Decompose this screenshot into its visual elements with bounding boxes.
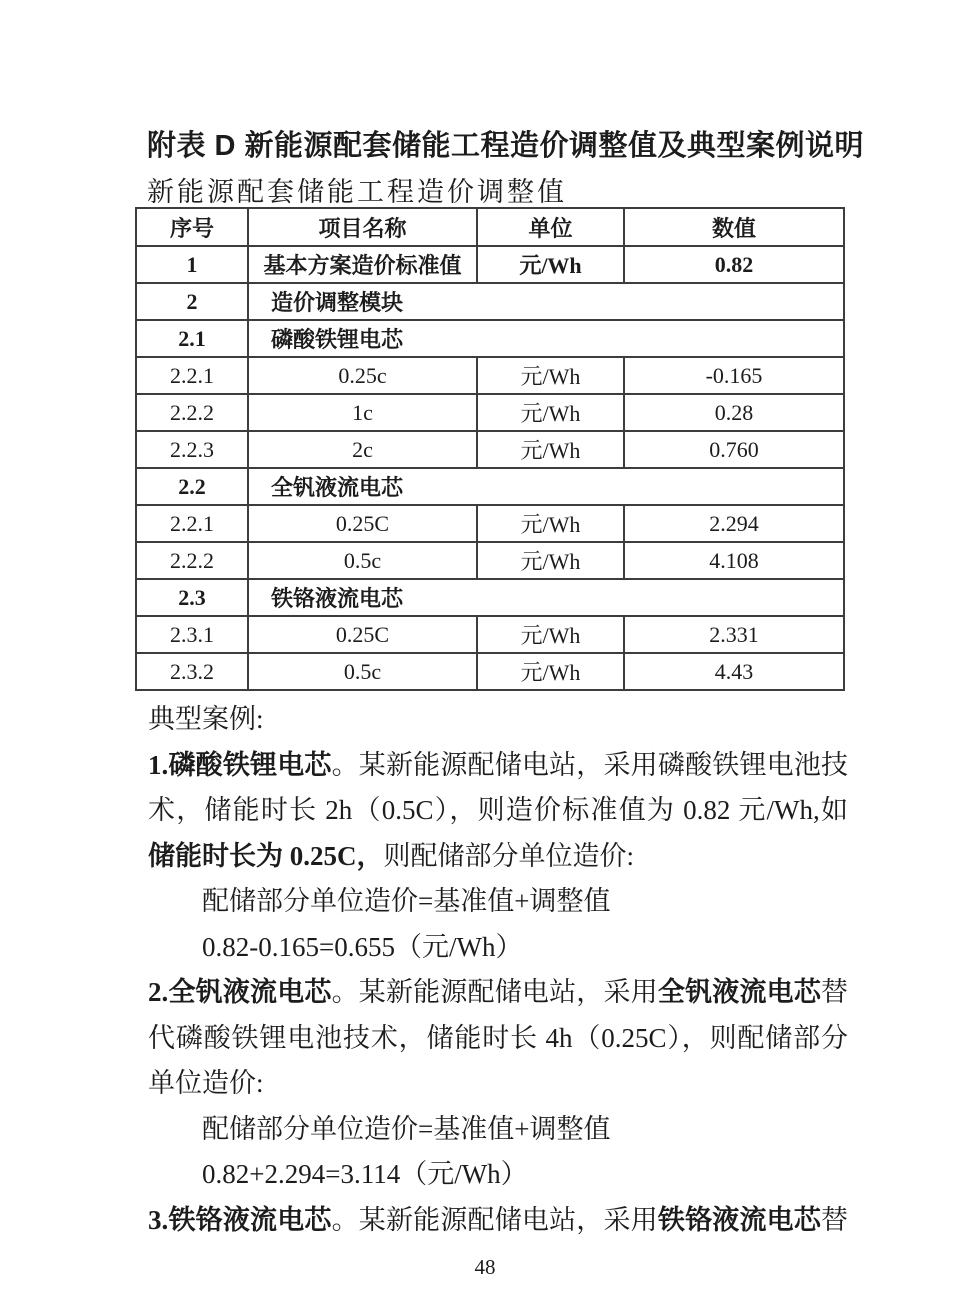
paragraph-line: 代磷酸铁锂电池技术，储能时长 4h（0.25C），则配储部分: [148, 1016, 848, 1062]
text-run: 替: [821, 1205, 848, 1235]
section-label-cell: 全钒液流电芯: [248, 468, 844, 505]
column-header-value: 数值: [624, 208, 844, 246]
cell-unit: 元/Wh: [477, 357, 624, 394]
formula-line: 配储部分单位造价=基准值+调整值: [148, 879, 848, 925]
cell-unit: 元/Wh: [477, 246, 624, 283]
section-label-cell: 造价调整模块: [248, 283, 844, 320]
bold-text-run: 2.全钒液流电芯: [148, 977, 332, 1007]
table-row: 2.2.21c元/Wh0.28: [136, 394, 844, 431]
text-run: 配储部分单位造价=基准值+调整值: [202, 1114, 610, 1144]
cell-name: 1c: [248, 394, 477, 431]
cell-no: 2: [136, 283, 248, 320]
table-row: 2.2.20.5c元/Wh4.108: [136, 542, 844, 579]
text-run: 0.82+2.294=3.114（元/Wh）: [202, 1159, 528, 1189]
table-header: 序号项目名称单位数值: [136, 208, 844, 246]
cell-unit: 元/Wh: [477, 394, 624, 431]
column-header-unit: 单位: [477, 208, 624, 246]
text-run: 0.82-0.165=0.655（元/Wh）: [202, 932, 522, 962]
paragraph-line: 2.全钒液流电芯。某新能源配储电站，采用全钒液流电芯替: [148, 970, 848, 1016]
table-row: 1基本方案造价标准值元/Wh0.82: [136, 246, 844, 283]
paragraph-line: 1.磷酸铁锂电芯。某新能源配储电站，采用磷酸铁锂电池技: [148, 743, 848, 789]
appendix-title: 附表 D 新能源配套储能工程造价调整值及典型案例说明: [147, 123, 864, 164]
cell-no: 2.3.1: [136, 616, 248, 653]
paragraph-line: 储能时长为 0.25C，则配储部分单位造价:: [148, 834, 848, 880]
column-header-no: 序号: [136, 208, 248, 246]
cell-no: 2.2.1: [136, 357, 248, 394]
cell-name: 基本方案造价标准值: [248, 246, 477, 283]
bold-text-run: 铁铬液流电芯: [658, 1205, 821, 1235]
formula-line: 0.82+2.294=3.114（元/Wh）: [148, 1152, 848, 1198]
table-caption: 新能源配套储能工程造价调整值: [147, 170, 567, 209]
formula-line: 配储部分单位造价=基准值+调整值: [148, 1107, 848, 1153]
cell-value: 0.760: [624, 431, 844, 468]
cell-value: 2.331: [624, 616, 844, 653]
cell-no: 2.2.1: [136, 505, 248, 542]
cell-value: 0.82: [624, 246, 844, 283]
cell-unit: 元/Wh: [477, 505, 624, 542]
section-label-cell: 磷酸铁锂电芯: [248, 320, 844, 357]
table-row: 2.2.10.25C元/Wh2.294: [136, 505, 844, 542]
cell-name: 0.25C: [248, 505, 477, 542]
cost-adjustment-table: 序号项目名称单位数值 1基本方案造价标准值元/Wh0.822造价调整模块2.1磷…: [135, 207, 845, 691]
table-section-row: 2.1磷酸铁锂电芯: [136, 320, 844, 357]
cell-value: -0.165: [624, 357, 844, 394]
cases-heading: 典型案例:: [148, 697, 848, 743]
cell-unit: 元/Wh: [477, 616, 624, 653]
column-header-name: 项目名称: [248, 208, 477, 246]
table-row: 2.3.10.25C元/Wh2.331: [136, 616, 844, 653]
typical-cases-text: 典型案例:1.磷酸铁锂电芯。某新能源配储电站，采用磷酸铁锂电池技术，储能时长 2…: [148, 697, 848, 1243]
section-label-cell: 铁铬液流电芯: [248, 579, 844, 616]
paragraph-line: 3.铁铬液流电芯。某新能源配储电站，采用铁铬液流电芯替: [148, 1198, 848, 1244]
document-page: 附表 D 新能源配套储能工程造价调整值及典型案例说明 新能源配套储能工程造价调整…: [0, 0, 970, 1308]
table-section-row: 2.2全钒液流电芯: [136, 468, 844, 505]
cell-name: 0.25c: [248, 357, 477, 394]
table-row: 2.2.10.25c元/Wh-0.165: [136, 357, 844, 394]
bold-text-run: 储能时长为 0.25C，: [148, 841, 384, 871]
cell-name: 2c: [248, 431, 477, 468]
table-section-row: 2.3铁铬液流电芯: [136, 579, 844, 616]
cell-no: 2.2.2: [136, 394, 248, 431]
paragraph-line: 术，储能时长 2h（0.5C），则造价标准值为 0.82 元/Wh,如: [148, 788, 848, 834]
cell-no: 2.3: [136, 579, 248, 616]
cell-value: 0.28: [624, 394, 844, 431]
cell-no: 2.3.2: [136, 653, 248, 690]
page-number: 48: [0, 1255, 970, 1280]
text-run: 单位造价:: [148, 1068, 264, 1098]
cell-no: 2.2: [136, 468, 248, 505]
paragraph-line: 单位造价:: [148, 1061, 848, 1107]
text-run: 。某新能源配储电站，采用磷酸铁锂电池技: [332, 750, 848, 780]
text-run: 则配储部分单位造价:: [384, 841, 635, 871]
text-run: 术，储能时长 2h（0.5C），则造价标准值为 0.82 元/Wh,如: [148, 795, 848, 825]
cell-value: 4.43: [624, 653, 844, 690]
table-header-row: 序号项目名称单位数值: [136, 208, 844, 246]
text-run: 代磷酸铁锂电池技术，储能时长 4h（0.25C），则配储部分: [148, 1023, 848, 1053]
bold-text-run: 3.铁铬液流电芯: [148, 1205, 332, 1235]
cell-no: 2.2.2: [136, 542, 248, 579]
text-run: 典型案例:: [148, 704, 264, 734]
text-run: 配储部分单位造价=基准值+调整值: [202, 886, 610, 916]
cell-name: 0.5c: [248, 542, 477, 579]
cell-name: 0.25C: [248, 616, 477, 653]
table-body: 1基本方案造价标准值元/Wh0.822造价调整模块2.1磷酸铁锂电芯2.2.10…: [136, 246, 844, 690]
cell-no: 2.2.3: [136, 431, 248, 468]
cell-unit: 元/Wh: [477, 431, 624, 468]
bold-text-run: 全钒液流电芯: [658, 977, 821, 1007]
table-row: 2.2.32c元/Wh0.760: [136, 431, 844, 468]
bold-text-run: 1.磷酸铁锂电芯: [148, 750, 332, 780]
text-run: 。某新能源配储电站，采用: [332, 977, 658, 1007]
cell-value: 4.108: [624, 542, 844, 579]
formula-line: 0.82-0.165=0.655（元/Wh）: [148, 925, 848, 971]
cell-no: 2.1: [136, 320, 248, 357]
text-run: 。某新能源配储电站，采用: [332, 1205, 658, 1235]
text-run: 替: [821, 977, 848, 1007]
cell-no: 1: [136, 246, 248, 283]
cell-unit: 元/Wh: [477, 653, 624, 690]
table-row: 2.3.20.5c元/Wh4.43: [136, 653, 844, 690]
cell-unit: 元/Wh: [477, 542, 624, 579]
table-section-row: 2造价调整模块: [136, 283, 844, 320]
cell-value: 2.294: [624, 505, 844, 542]
cell-name: 0.5c: [248, 653, 477, 690]
